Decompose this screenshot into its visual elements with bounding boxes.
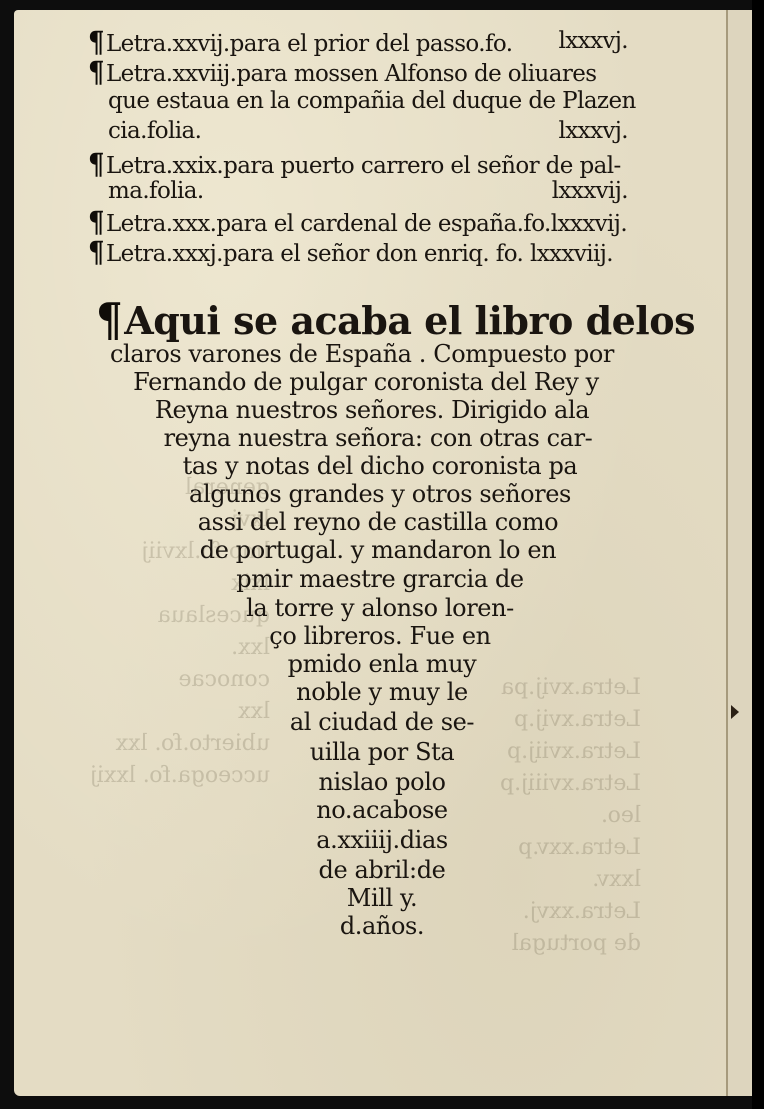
colophon-line: reyna nuestra señora: con otras car- (0, 424, 760, 452)
folio-number: lxxxvj. (558, 118, 628, 144)
colophon-line: nislao polo (0, 768, 764, 796)
pilcrow-icon: ¶ (88, 149, 104, 182)
colophon-heading: ¶Aqui se acaba el libro delos (96, 295, 764, 344)
colophon-line: de portugal. y mandaron lo en (0, 536, 760, 564)
index-entry: ¶Letra.xxvij.para el prior del passo.fo.… (88, 28, 628, 58)
pilcrow-icon: ¶ (88, 27, 104, 60)
colophon-line: Reyna nuestros señores. Dirigido ala (0, 396, 754, 424)
colophon-line: Mill y. (0, 884, 764, 912)
colophon-line: pmido enla muy (0, 650, 764, 678)
colophon-line: claros varones de España . Compuesto por (0, 340, 744, 368)
pilcrow-icon: ¶ (96, 293, 122, 347)
index-entry-continuation: cia.folia. lxxxvj. (108, 118, 628, 144)
pilcrow-icon: ¶ (88, 57, 104, 90)
pilcrow-icon: ¶ (88, 237, 104, 270)
index-entry-continuation: que estaua en la compañia del duque de P… (108, 88, 628, 114)
index-entry: ¶Letra.xxviij.para mossen Alfonso de oli… (88, 58, 628, 88)
colophon-line: al ciudad de se- (0, 708, 764, 736)
colophon-line: a.xxiiij.dias (0, 826, 764, 854)
folio-number: lxxxvij. (552, 178, 628, 204)
index-entry: ¶Letra.xxx.para el cardenal de españa.fo… (88, 208, 627, 238)
colophon-line: ço libreros. Fue en (0, 622, 762, 650)
pilcrow-icon: ¶ (88, 207, 104, 240)
colophon-line: Fernando de pulgar coronista del Rey y (0, 368, 748, 396)
colophon-line: tas y notas del dicho coronista pa (0, 452, 762, 480)
colophon-line: no.acabose (0, 796, 764, 824)
index-entry-continuation: ma.folia. lxxxvij. (108, 178, 628, 204)
colophon-line: assi del reyno de castilla como (0, 508, 760, 536)
index-entry: ¶Letra.xxxj.para el señor don enriq. fo.… (88, 238, 613, 268)
folio-number: lxxxvj. (558, 28, 628, 54)
colophon-line: de abril:de (0, 856, 764, 884)
colophon-line: pmir maestre grarcia de (0, 565, 762, 593)
colophon-line: noble y muy le (0, 678, 764, 706)
colophon-line: d.años. (0, 912, 764, 940)
colophon-line: la torre y alonso loren- (0, 594, 762, 622)
index-entry: ¶Letra.xxix.para puerto carrero el señor… (88, 150, 628, 180)
colophon-line: uilla por Sta (0, 738, 764, 766)
colophon-line: algunos grandes y otros señores (0, 480, 762, 508)
